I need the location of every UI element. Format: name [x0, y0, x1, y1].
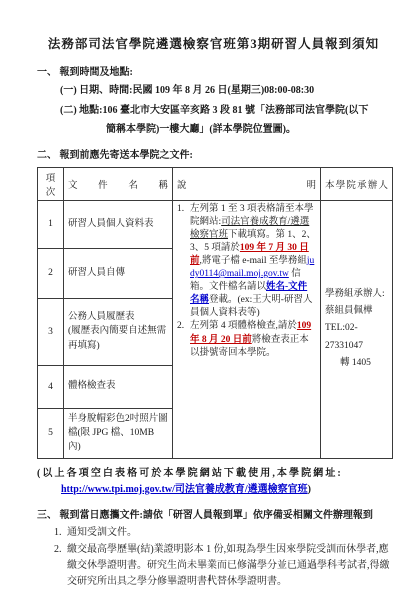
desc-item-2-number: 2.	[177, 320, 190, 359]
page-number: 1	[0, 573, 420, 583]
desc-item-2-text: 左列第 4 項體格檢查,請於109 年 8 月 20 日前將檢查表正本以掛號寄回…	[190, 320, 316, 359]
blank-forms-note-line1: (以上各項空白表格可於本學院網站下載使用,本學院網址:	[37, 466, 390, 482]
desc-item-1: 1. 左列第 1 至 3 項表格請至本學院網站:司法官養成教育/遴選檢察官班下載…	[177, 203, 316, 321]
note-close-paren: )	[308, 484, 311, 495]
contact-unit: 學務組承辦人:	[325, 289, 385, 299]
section3-item-1: 1. 通知受訓文件。	[54, 525, 390, 541]
desc-item-2: 2. 左列第 4 項體格檢查,請於109 年 8 月 20 日前將檢查表正本以掛…	[177, 320, 316, 359]
col-header-doc-name: 文件名稱	[64, 167, 173, 200]
blank-forms-note-line2: http://www.tpi.moj.gov.tw/司法官養成教育/遴選檢察官班…	[61, 482, 390, 498]
desc-seg: 左列第 4 項體格檢查,請於	[190, 321, 297, 331]
table-header-row: 項次 文件名稱 說明 本學院承辦人	[38, 167, 393, 200]
doc-title: 法務部司法官學院遴選檢察官班第3期研習人員報到須知	[37, 34, 390, 52]
row5-no: 5	[38, 408, 64, 458]
desc-item-1-number: 1.	[177, 203, 190, 321]
section3-heading: 三、 報到當日應攜文件:請依「研習人員報到單」依序備妥相關文件辦理報到	[37, 507, 390, 524]
section1-location-line: (二) 地點:106 臺北市大安區辛亥路 3 段 81 號「法務部司法官學院(以…	[60, 101, 390, 140]
location-text-line2: 簡稱本學院)一樓大廳」(詳本學院位置圖)。	[106, 120, 296, 140]
desc-item-1-text: 左列第 1 至 3 項表格請至本學院網站:司法官養成教育/遴選檢察官班下載填寫。…	[190, 203, 316, 321]
row2-no: 2	[38, 248, 64, 298]
row4-no: 4	[38, 365, 64, 408]
desc-cell: 1. 左列第 1 至 3 項表格請至本學院網站:司法官養成教育/遴選檢察官班下載…	[173, 200, 321, 458]
contact-tel: TEL:02-27331047	[325, 323, 363, 350]
documents-table: 項次 文件名稱 說明 本學院承辦人 1 研習人員個人資料表 1. 左列第 1 至…	[37, 167, 393, 459]
row3-doc-name-note: (履歷表內簡要自述無需再填寫)	[68, 326, 166, 350]
row1-no: 1	[38, 200, 64, 248]
row3-doc-name-main: 公務人員履歷表	[68, 312, 135, 322]
website-url-link[interactable]: http://www.tpi.moj.gov.tw/司法官養成教育/遴選檢察官班	[61, 484, 308, 495]
document-page: 法務部司法官學院遴選檢察官班第3期研習人員報到須知 一、 報到時間及地點: (一…	[0, 0, 420, 593]
col-header-no: 項次	[38, 167, 64, 200]
location-text-line1: (二) 地點:106 臺北市大安區辛亥路 3 段 81 號「法務部司法官學院(以…	[60, 105, 368, 116]
section2-heading: 二、 報到前應先寄送本學院之文件:	[37, 147, 390, 164]
row1-doc-name: 研習人員個人資料表	[64, 200, 173, 248]
row2-doc-name: 研習人員自傳	[64, 248, 173, 298]
section1-date-line: (一) 日期、時間:民國 109 年 8 月 26 日(星期三)08:00-08…	[60, 81, 390, 101]
contact-tel-ext: 轉 1405	[340, 358, 371, 368]
desc-seg: 登載。(ex:王大明-研習人員個人資料表等)	[190, 295, 312, 318]
section3-item-1-text: 通知受訓文件。	[67, 525, 390, 541]
col-header-desc: 說明	[173, 167, 321, 200]
desc-seg: ,將電子檔 e-mail 至學務組	[200, 256, 307, 266]
row5-doc-name: 半身脫帽彩色2吋照片圖檔(限 JPG 檔、10MB 內)	[64, 408, 173, 458]
contact-person: 蔡組員佩樺	[325, 306, 373, 316]
row4-doc-name: 體格檢查表	[64, 365, 173, 408]
contact-cell: 學務組承辦人: 蔡組員佩樺 TEL:02-27331047 轉 1405	[321, 200, 393, 458]
table-row: 1 研習人員個人資料表 1. 左列第 1 至 3 項表格請至本學院網站:司法官養…	[38, 200, 393, 248]
row3-no: 3	[38, 298, 64, 365]
row3-doc-name: 公務人員履歷表(履歷表內簡要自述無需再填寫)	[64, 298, 173, 365]
section1-heading: 一、 報到時間及地點:	[37, 64, 390, 81]
col-header-contact: 本學院承辦人	[321, 167, 393, 200]
section3-item-1-number: 1.	[54, 525, 67, 541]
